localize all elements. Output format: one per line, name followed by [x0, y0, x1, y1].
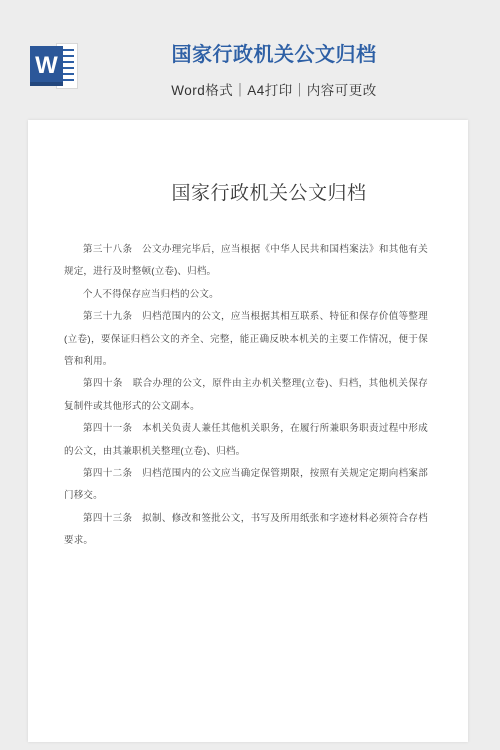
- document-paragraph: 第四十三条 拟制、修改和签批公文，书写及所用纸张和字迹材料必须符合存档要求。: [64, 508, 428, 553]
- document-paragraph: 第三十九条 归档范围内的公文，应当根据其相互联系、特征和保存价值等整理(立卷)，…: [64, 306, 428, 373]
- document-title: 国家行政机关公文归档: [28, 181, 468, 207]
- document-paragraph: 个人不得保存应当归档的公文。: [64, 284, 428, 306]
- page-title: 国家行政机关公文归档: [48, 42, 500, 68]
- document-paragraph: 第三十八条 公文办理完毕后，应当根据《中华人民共和国档案法》和其他有关规定，进行…: [64, 239, 428, 284]
- header-text-block: 国家行政机关公文归档 Word格式｜A4打印｜内容可更改: [0, 0, 500, 99]
- document-preview[interactable]: 国家行政机关公文归档 第三十八条 公文办理完毕后，应当根据《中华人民共和国档案法…: [28, 120, 468, 742]
- document-paragraph: 第四十一条 本机关负责人兼任其他机关职务，在履行所兼职务职责过程中形成的公文，由…: [64, 418, 428, 463]
- document-paragraph: 第四十二条 归档范围内的公文应当确定保管期限，按照有关规定定期向档案部门移交。: [64, 463, 428, 508]
- page-subtitle: Word格式｜A4打印｜内容可更改: [48, 79, 500, 99]
- document-body: 第三十八条 公文办理完毕后，应当根据《中华人民共和国档案法》和其他有关规定，进行…: [28, 239, 468, 553]
- header: W 国家行政机关公文归档 Word格式｜A4打印｜内容可更改: [0, 0, 500, 120]
- document-paragraph: 第四十条 联合办理的公文，原件由主办机关整理(立卷)、归档，其他机关保存复制件或…: [64, 373, 428, 418]
